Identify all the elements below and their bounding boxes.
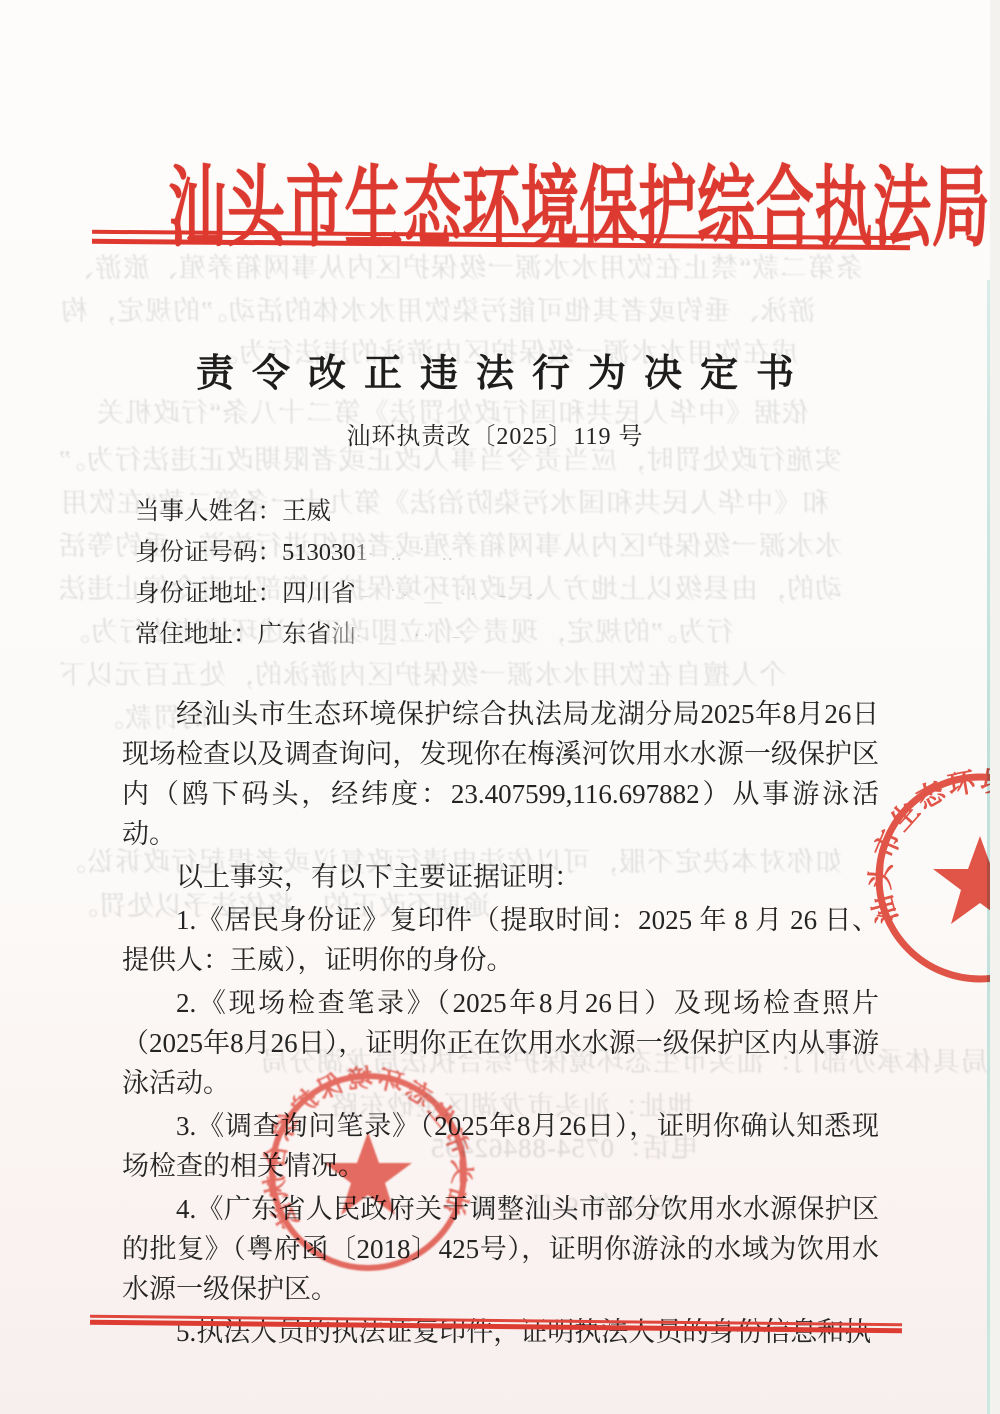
redaction-remnant: · ＿ ‥ ﹣ bbox=[356, 626, 472, 646]
field-label: 当事人姓名： bbox=[135, 498, 282, 525]
official-seal: 汕头市生态环境保护综合执法局 bbox=[858, 756, 990, 1001]
body-paragraph: 1.《居民身份证》复印件（提取时间：2025 年 8 月 26 日、提供人：王威… bbox=[122, 900, 879, 980]
field-party-name: 当事人姓名：王威 bbox=[135, 492, 895, 533]
redaction-remnant: · ‥ ˙ ‥ bbox=[368, 544, 460, 564]
redaction-remnant: ﹣ ˙· ＿ ‥ ﹣ · bbox=[356, 585, 540, 605]
field-label: 身份证地址： bbox=[135, 580, 282, 607]
field-id-address: 身份证地址：四川省﹣ ˙· ＿ ‥ ﹣ · bbox=[135, 574, 895, 615]
body-paragraph: 4.《广东省人民政府关于调整汕头市部分饮用水水源保护区的批复》（粤府函〔2018… bbox=[122, 1189, 879, 1309]
body-paragraph: 经汕头市生态环境保护综合执法局龙湖分局2025年8月26日现场检查以及调查询问，… bbox=[122, 694, 879, 854]
body-paragraph: 2.《现场检查笔录》（2025年8月26日）及现场检查照片（2025年8月26日… bbox=[122, 983, 879, 1103]
scanned-document-page: 条第二款“禁止在饮用水水源一级保护区内从事网箱养殖、旅游、 游泳、垂钓或者其他可… bbox=[0, 0, 990, 1414]
field-value-faded: 汕 bbox=[331, 621, 356, 648]
field-value-faded: 1 bbox=[356, 539, 368, 566]
scanner-background bbox=[990, 0, 1000, 1414]
document-number: 汕环执责改〔2025〕119 号 bbox=[0, 416, 990, 451]
document-body: 经汕头市生态环境保护综合执法局龙湖分局2025年8月26日现场检查以及调查询问，… bbox=[122, 694, 879, 1355]
seal-bleed-through: 汕头市生态环境保护综合执法局 bbox=[258, 1062, 478, 1282]
party-information: 当事人姓名：王威 身份证号码：5130301· ‥ ˙ ‥ 身份证地址：四川省﹣… bbox=[135, 492, 895, 656]
field-value: 四川省 bbox=[282, 580, 356, 607]
field-residence-address: 常住地址：广东省汕· ＿ ‥ ﹣ bbox=[135, 615, 895, 656]
document-title: 责令改正违法行为决定书 bbox=[0, 342, 990, 397]
field-value: 广东省 bbox=[258, 621, 332, 648]
seal-star-icon bbox=[324, 1132, 412, 1215]
bleed-line: 游泳、垂钓或者其他可能污染饮用水水体的活动。”的规定，构 bbox=[60, 289, 815, 328]
body-paragraph: 3.《调查询问笔录》（2025年8月26日），证明你确认知悉现场检查的相关情况。 bbox=[122, 1106, 879, 1186]
field-value: 513030 bbox=[282, 539, 356, 566]
field-label: 常住地址： bbox=[135, 621, 258, 648]
field-value: 王威 bbox=[282, 498, 331, 525]
bleed-line: 个人擅自在饮用水水源一级保护区内游泳的，处五百元以下 bbox=[58, 653, 786, 692]
seal-star-icon bbox=[933, 836, 990, 924]
field-id-number: 身份证号码：5130301· ‥ ˙ ‥ bbox=[135, 533, 895, 574]
field-label: 身份证号码： bbox=[135, 539, 282, 566]
body-paragraph: 以上事实，有以下主要证据证明： bbox=[122, 857, 879, 897]
